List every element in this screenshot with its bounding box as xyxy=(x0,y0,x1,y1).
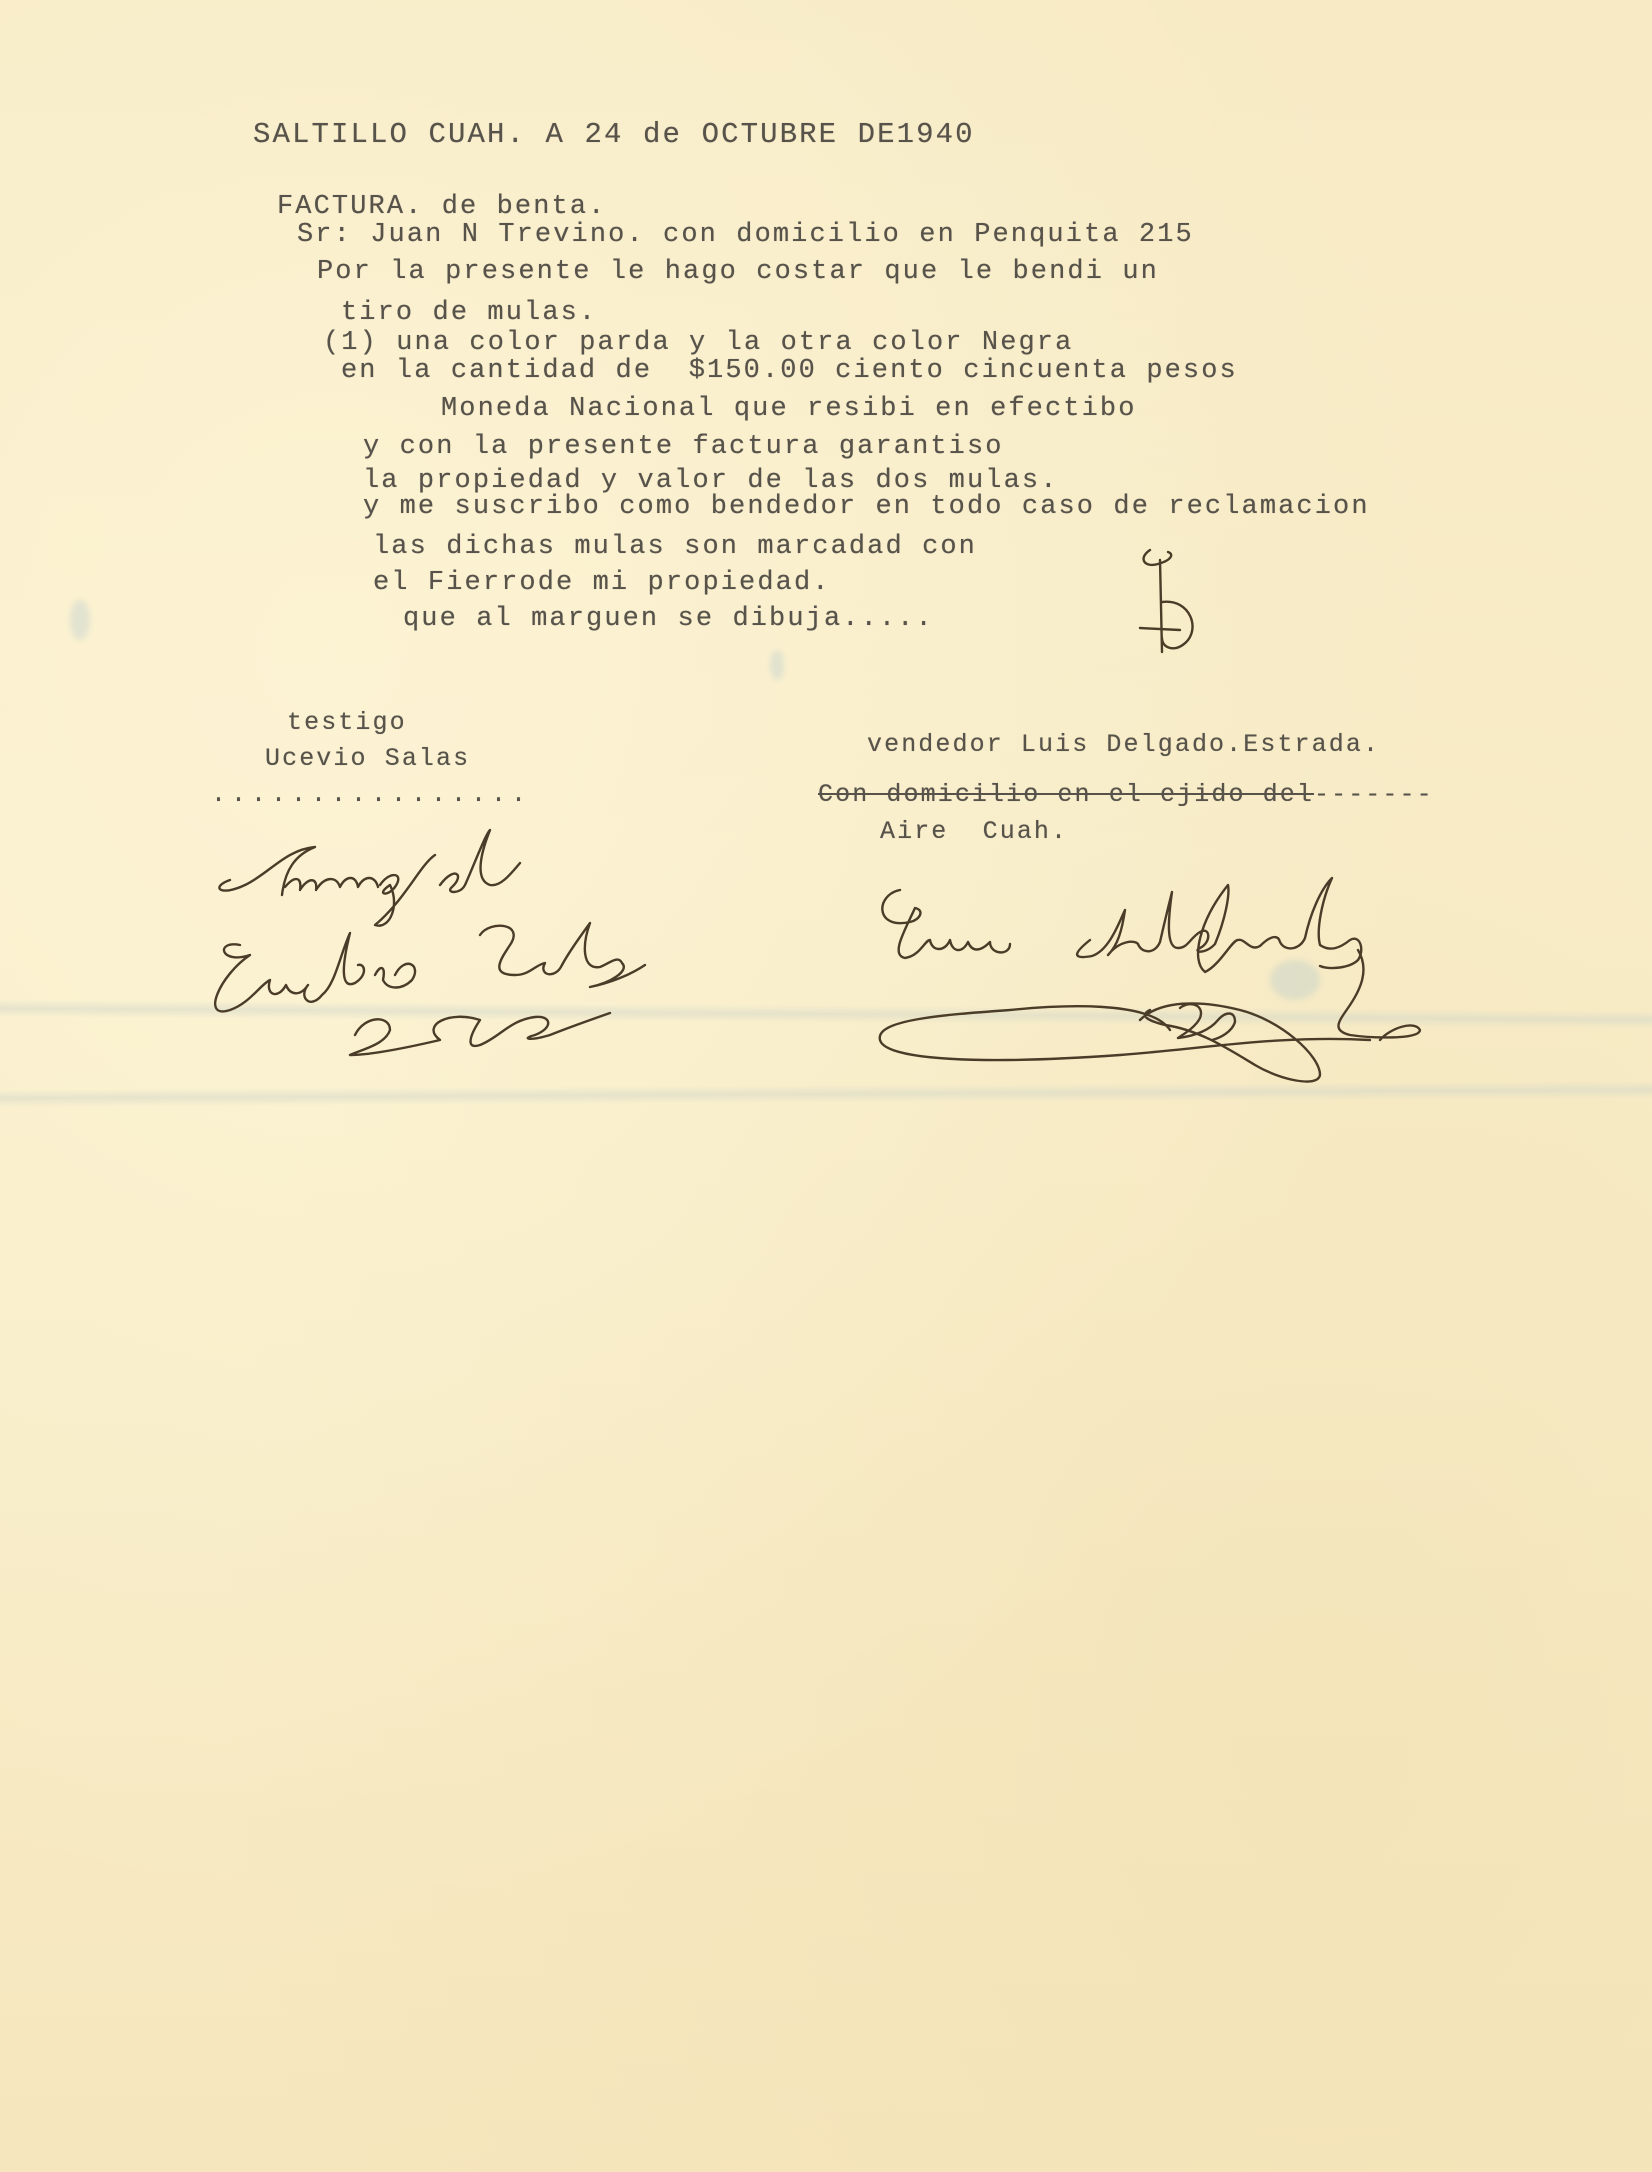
place-date-header: SALTILLO CUAH. A 24 de OCTUBRE DE1940 xyxy=(253,118,975,151)
body-line: Moneda Nacional que resibi en efectibo xyxy=(441,394,1137,424)
ink-stain xyxy=(70,600,90,640)
witness-signature-line: ................ xyxy=(211,780,531,809)
body-line: en la cantidad de $150.00 ciento cincuen… xyxy=(341,356,1238,386)
brand-mark-icon xyxy=(1130,540,1210,660)
body-line: Sr: Juan N Trevino. con domicilio en Pen… xyxy=(297,220,1194,250)
seller-address-dashes: ------- xyxy=(1314,780,1434,809)
witness-name: Ucevio Salas xyxy=(265,744,470,773)
seller-address-line-1: Con domicilio en el ejido del------- xyxy=(818,780,1434,809)
witness-label: testigo xyxy=(287,708,407,737)
document-title: FACTURA. de benta. xyxy=(277,192,606,222)
body-line: y con la presente factura garantiso xyxy=(363,432,1004,462)
body-line: el Fierrode mi propiedad. xyxy=(373,568,831,598)
document-page: SALTILLO CUAH. A 24 de OCTUBRE DE1940 FA… xyxy=(0,0,1652,2172)
body-line: (1) una color parda y la otra color Negr… xyxy=(323,328,1073,358)
witness-signature xyxy=(190,815,690,1065)
body-line: que al marguen se dibuja..... xyxy=(403,604,934,634)
body-line: tiro de mulas. xyxy=(341,298,597,328)
seller-address-text: Con domicilio en el ejido del xyxy=(818,780,1314,809)
body-line: las dichas mulas son marcadad con xyxy=(373,532,977,562)
body-line: y me suscribo como bendedor en todo caso… xyxy=(363,492,1370,522)
seller-line: vendedor Luis Delgado.Estrada. xyxy=(867,730,1380,759)
body-line: Por la presente le hago costar que le be… xyxy=(317,257,1159,287)
seller-signature xyxy=(860,860,1460,1090)
seller-address-line-2: Aire Cuah. xyxy=(880,817,1068,846)
ink-stain xyxy=(770,650,784,680)
